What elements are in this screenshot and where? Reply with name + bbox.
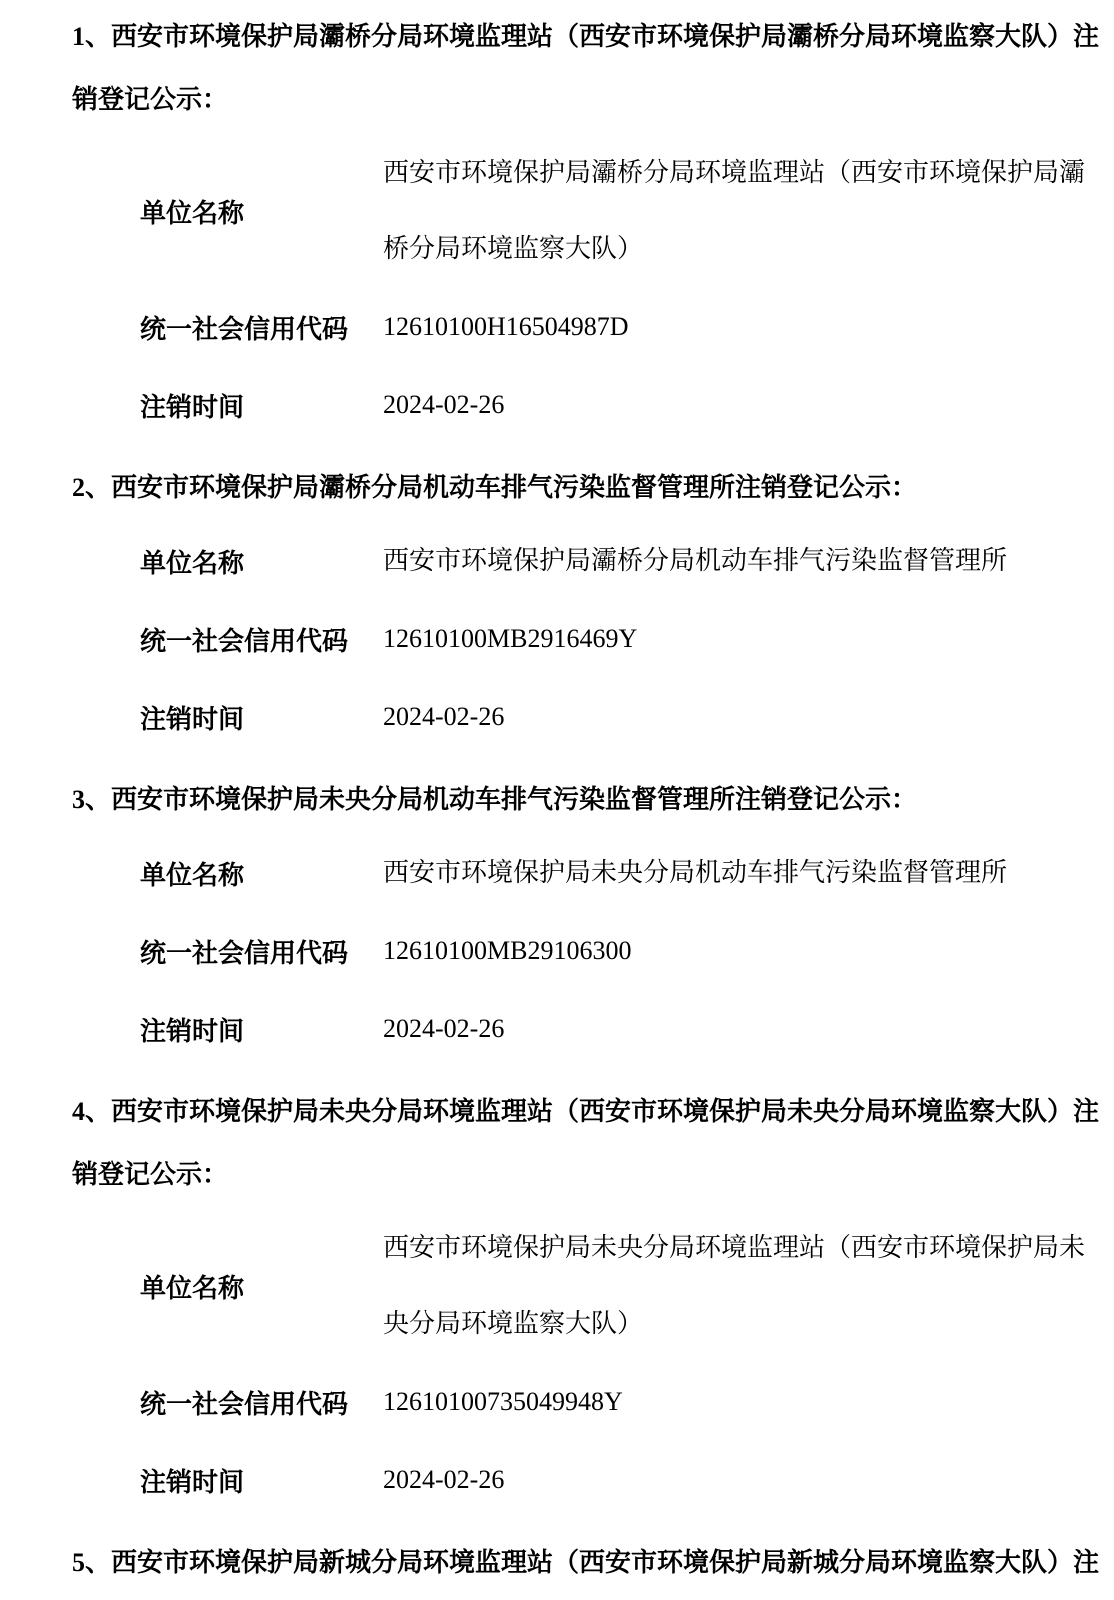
- field-value: 12610100H16504987D: [383, 289, 1094, 365]
- field-row-credit-code: 统一社会信用代码 12610100H16504987D: [140, 288, 1094, 366]
- heading-line: 2、西安市环境保护局灞桥分局机动车排气污染监督管理所注销登记公示：: [72, 456, 1084, 519]
- fields-table: 单位名称 西安市环境保护局灞桥分局环境监理站（西安市环境保护局灞 桥分局环境监察…: [0, 134, 1114, 444]
- fields-table: 单位名称 西安市环境保护局灞桥分局机动车排气污染监督管理所 统一社会信用代码 1…: [0, 522, 1114, 756]
- item-heading: 4、西安市环境保护局未央分局环境监理站（西安市环境保护局未央分局环境监察大队）注…: [72, 1080, 1084, 1206]
- heading-line: 3、西安市环境保护局未央分局机动车排气污染监督管理所注销登记公示：: [72, 768, 1084, 831]
- field-label: 注销时间: [140, 387, 383, 424]
- value-line: 桥分局环境监察大队）: [383, 211, 1094, 287]
- field-value: 2024-02-26: [383, 991, 1094, 1067]
- field-label: 单位名称: [140, 855, 383, 892]
- value-line: 西安市环境保护局灞桥分局机动车排气污染监督管理所: [383, 523, 1094, 599]
- field-label: 单位名称: [140, 543, 383, 580]
- value-line: 12610100MB29106300: [383, 913, 1094, 989]
- value-line: 2024-02-26: [383, 1442, 1094, 1518]
- value-line: 央分局环境监察大队）: [383, 1286, 1094, 1362]
- field-value: 西安市环境保护局灞桥分局机动车排气污染监督管理所: [383, 523, 1094, 599]
- heading-line: 销登记公示：: [72, 1143, 1084, 1206]
- value-line: 西安市环境保护局灞桥分局环境监理站（西安市环境保护局灞: [383, 135, 1094, 211]
- field-row-cancel-date: 注销时间 2024-02-26: [140, 1441, 1094, 1519]
- value-line: 12610100735049948Y: [383, 1364, 1094, 1440]
- item-heading: 5、西安市环境保护局新城分局环境监理站（西安市环境保护局新城分局环境监察大队）注: [72, 1531, 1084, 1594]
- field-label: 单位名称: [140, 1268, 383, 1305]
- document-page: 1、西安市环境保护局灞桥分局环境监理站（西安市环境保护局灞桥分局环境监察大队）注…: [0, 5, 1114, 1594]
- field-row-unit-name: 单位名称 西安市环境保护局未央分局机动车排气污染监督管理所: [140, 834, 1094, 912]
- item-heading: 3、西安市环境保护局未央分局机动车排气污染监督管理所注销登记公示：: [72, 768, 1084, 831]
- field-row-cancel-date: 注销时间 2024-02-26: [140, 366, 1094, 444]
- field-value: 西安市环境保护局未央分局机动车排气污染监督管理所: [383, 835, 1094, 911]
- field-row-unit-name: 单位名称 西安市环境保护局灞桥分局环境监理站（西安市环境保护局灞 桥分局环境监察…: [140, 134, 1094, 288]
- field-row-credit-code: 统一社会信用代码 12610100MB29106300: [140, 912, 1094, 990]
- field-label: 注销时间: [140, 1011, 383, 1048]
- field-row-cancel-date: 注销时间 2024-02-26: [140, 990, 1094, 1068]
- field-value: 2024-02-26: [383, 1442, 1094, 1518]
- field-label: 统一社会信用代码: [140, 933, 383, 970]
- announcement-item-1: 1、西安市环境保护局灞桥分局环境监理站（西安市环境保护局灞桥分局环境监察大队）注…: [0, 5, 1114, 444]
- field-row-unit-name: 单位名称 西安市环境保护局未央分局环境监理站（西安市环境保护局未 央分局环境监察…: [140, 1209, 1094, 1363]
- announcement-item-4: 4、西安市环境保护局未央分局环境监理站（西安市环境保护局未央分局环境监察大队）注…: [0, 1080, 1114, 1519]
- value-line: 西安市环境保护局未央分局环境监理站（西安市环境保护局未: [383, 1210, 1094, 1286]
- value-line: 西安市环境保护局未央分局机动车排气污染监督管理所: [383, 835, 1094, 911]
- fields-table: 单位名称 西安市环境保护局未央分局环境监理站（西安市环境保护局未 央分局环境监察…: [0, 1209, 1114, 1519]
- field-label: 统一社会信用代码: [140, 309, 383, 346]
- item-heading: 1、西安市环境保护局灞桥分局环境监理站（西安市环境保护局灞桥分局环境监察大队）注…: [72, 5, 1084, 131]
- field-value: 12610100MB2916469Y: [383, 601, 1094, 677]
- field-label: 注销时间: [140, 1462, 383, 1499]
- announcement-item-3: 3、西安市环境保护局未央分局机动车排气污染监督管理所注销登记公示： 单位名称 西…: [0, 768, 1114, 1068]
- item-heading: 2、西安市环境保护局灞桥分局机动车排气污染监督管理所注销登记公示：: [72, 456, 1084, 519]
- fields-table: 单位名称 西安市环境保护局未央分局机动车排气污染监督管理所 统一社会信用代码 1…: [0, 834, 1114, 1068]
- heading-line: 1、西安市环境保护局灞桥分局环境监理站（西安市环境保护局灞桥分局环境监察大队）注: [72, 5, 1084, 68]
- value-line: 12610100H16504987D: [383, 289, 1094, 365]
- value-line: 12610100MB2916469Y: [383, 601, 1094, 677]
- value-line: 2024-02-26: [383, 367, 1094, 443]
- field-label: 统一社会信用代码: [140, 1384, 383, 1421]
- field-value: 2024-02-26: [383, 367, 1094, 443]
- field-row-unit-name: 单位名称 西安市环境保护局灞桥分局机动车排气污染监督管理所: [140, 522, 1094, 600]
- announcement-item-2: 2、西安市环境保护局灞桥分局机动车排气污染监督管理所注销登记公示： 单位名称 西…: [0, 456, 1114, 756]
- heading-line: 5、西安市环境保护局新城分局环境监理站（西安市环境保护局新城分局环境监察大队）注: [72, 1531, 1084, 1594]
- field-value: 12610100MB29106300: [383, 913, 1094, 989]
- field-label: 注销时间: [140, 699, 383, 736]
- value-line: 2024-02-26: [383, 991, 1094, 1067]
- heading-line: 4、西安市环境保护局未央分局环境监理站（西安市环境保护局未央分局环境监察大队）注: [72, 1080, 1084, 1143]
- value-line: 2024-02-26: [383, 679, 1094, 755]
- field-row-credit-code: 统一社会信用代码 12610100MB2916469Y: [140, 600, 1094, 678]
- field-value: 12610100735049948Y: [383, 1364, 1094, 1440]
- announcement-item-5: 5、西安市环境保护局新城分局环境监理站（西安市环境保护局新城分局环境监察大队）注: [0, 1531, 1114, 1594]
- field-row-cancel-date: 注销时间 2024-02-26: [140, 678, 1094, 756]
- field-label: 统一社会信用代码: [140, 621, 383, 658]
- heading-line: 销登记公示：: [72, 68, 1084, 131]
- field-label: 单位名称: [140, 193, 383, 230]
- field-value: 西安市环境保护局灞桥分局环境监理站（西安市环境保护局灞 桥分局环境监察大队）: [383, 135, 1094, 287]
- field-value: 西安市环境保护局未央分局环境监理站（西安市环境保护局未 央分局环境监察大队）: [383, 1210, 1094, 1362]
- field-value: 2024-02-26: [383, 679, 1094, 755]
- field-row-credit-code: 统一社会信用代码 12610100735049948Y: [140, 1363, 1094, 1441]
